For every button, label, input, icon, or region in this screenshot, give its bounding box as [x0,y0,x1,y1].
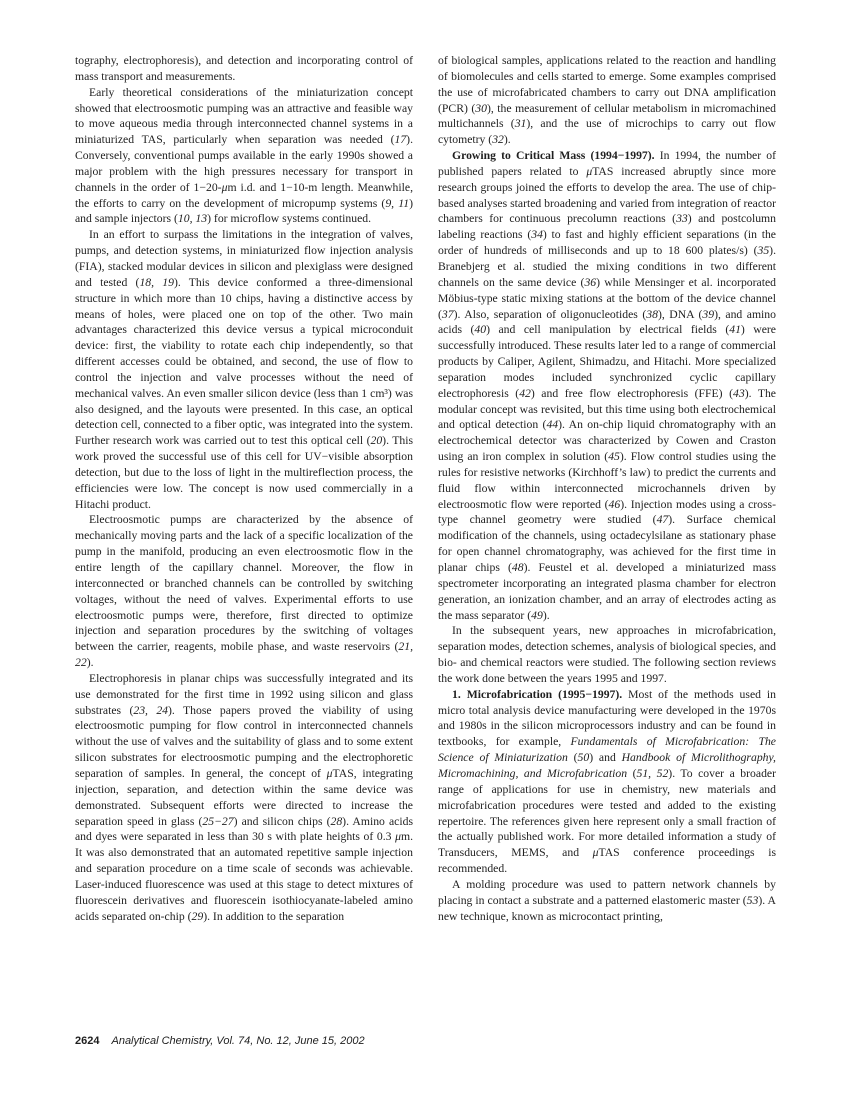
journal-citation: Analytical Chemistry, Vol. 74, No. 12, J… [111,1035,364,1047]
paragraph: tography, electrophoresis), and detectio… [75,53,413,85]
paragraph: 1. Microfabrication (1995−1997). Most of… [438,687,776,877]
journal-page: tography, electrophoresis), and detectio… [0,0,849,1100]
paragraph: In an effort to surpass the limitations … [75,227,413,512]
page-footer: 2624Analytical Chemistry, Vol. 74, No. 1… [75,1035,365,1047]
paragraph: Early theoretical considerations of the … [75,85,413,228]
paragraph: A molding procedure was used to pattern … [438,877,776,925]
page-number: 2624 [75,1035,99,1047]
two-column-body: tography, electrophoresis), and detectio… [75,53,776,924]
paragraph: Electroosmotic pumps are characterized b… [75,512,413,670]
paragraph: Electrophoresis in planar chips was succ… [75,671,413,925]
paragraph: Growing to Critical Mass (1994−1997). In… [438,148,776,623]
paragraph: In the subsequent years, new approaches … [438,623,776,686]
column-left: tography, electrophoresis), and detectio… [75,53,413,924]
paragraph: of biological samples, applications rela… [438,53,776,148]
column-right: of biological samples, applications rela… [438,53,776,924]
